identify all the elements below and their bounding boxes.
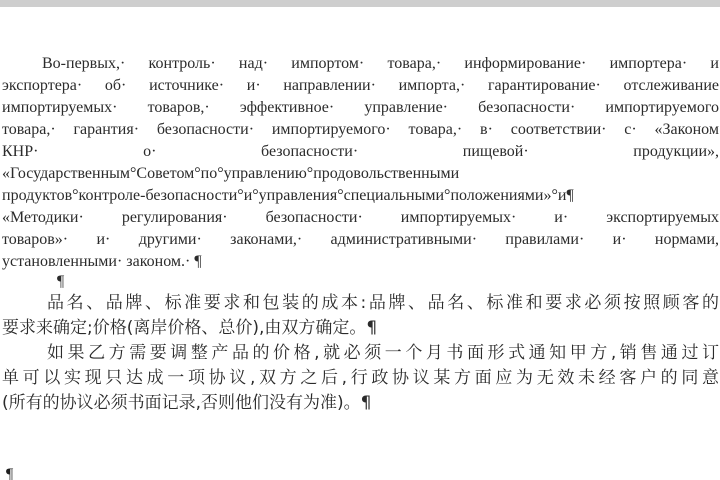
text-line[interactable]: установленными· законом.· ¶: [2, 251, 719, 273]
window-top-edge-band: [0, 0, 720, 7]
text-line[interactable]: 要求来确定;价格(离岸价格、总价),由双方确定。¶: [2, 316, 719, 341]
paragraph-russian-2: «Методики· регулирования· безопасности· …: [2, 207, 719, 273]
empty-paragraph-mark[interactable]: ¶: [2, 273, 719, 291]
paragraph-russian-1: Во-первых,· контроль· над· импортом· тов…: [2, 53, 719, 207]
text-line[interactable]: товара,· гарантия· безопасности· импорти…: [2, 119, 719, 141]
text-line[interactable]: 品名、品牌、标准要求和包装的成本:品牌、品名、标准和要求必须按照顾客的: [2, 291, 719, 316]
document-page[interactable]: Во-первых,· контроль· над· импортом· тов…: [0, 53, 719, 416]
text-line[interactable]: (所有的协议必须书面记录,否则他们没有为准)。¶: [2, 391, 719, 416]
text-line[interactable]: 如果乙方需要调整产品的价格,就必须一个月书面形式通知甲方,销售通过订: [2, 341, 719, 366]
paragraph-chinese-2: 如果乙方需要调整产品的价格,就必须一个月书面形式通知甲方,销售通过订 单可以实现…: [2, 341, 719, 416]
text-line[interactable]: КНР· о· безопасности· пищевой· продукции…: [2, 141, 719, 163]
text-line[interactable]: продуктов°контроле-безопасности°и°управл…: [2, 185, 719, 207]
text-line[interactable]: 单可以实现只达成一项协议,双方之后,行政协议某方面应为无效未经客户的同意: [2, 366, 719, 391]
text-line[interactable]: «Методики· регулирования· безопасности· …: [2, 207, 719, 229]
text-line[interactable]: товаров»· и· другими· законами,· админис…: [2, 229, 719, 251]
trailing-paragraph-mark[interactable]: ¶: [6, 465, 13, 480]
text-line[interactable]: экспортера· об· источнике· и· направлени…: [2, 75, 719, 97]
text-line[interactable]: импортируемых· товаров,· эффективное· уп…: [2, 97, 719, 119]
text-line[interactable]: «Государственным°Советом°по°управлению°п…: [2, 163, 719, 185]
text-line[interactable]: Во-первых,· контроль· над· импортом· тов…: [2, 53, 719, 75]
paragraph-chinese-1: 品名、品牌、标准要求和包装的成本:品牌、品名、标准和要求必须按照顾客的 要求来确…: [2, 291, 719, 341]
